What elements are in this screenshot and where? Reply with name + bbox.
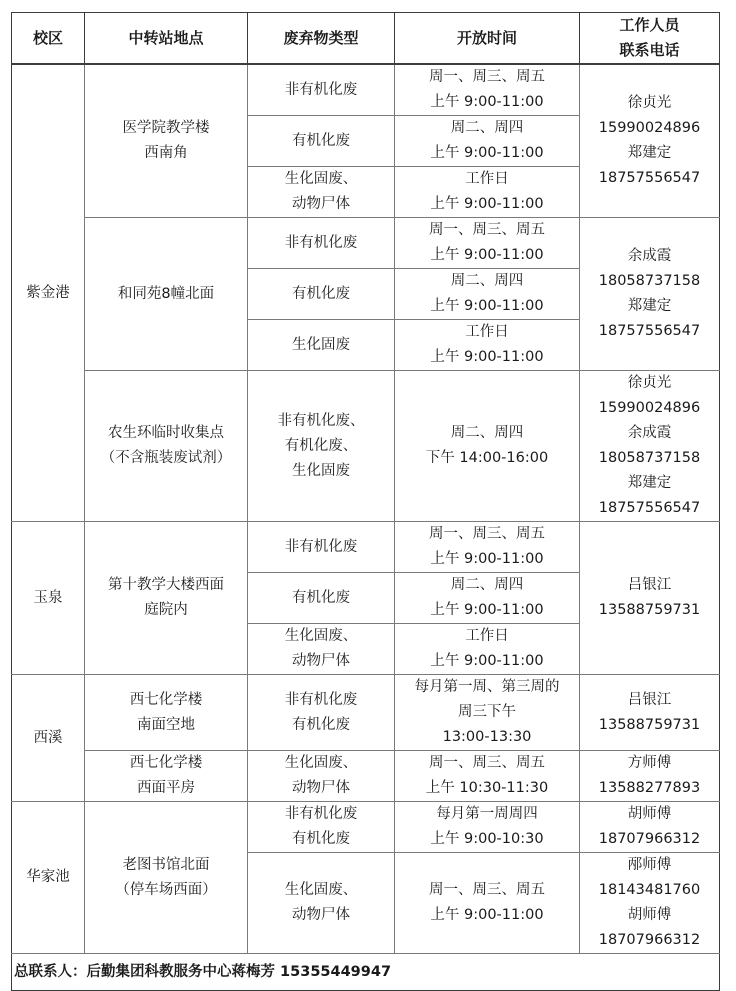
- station-text: 南面空地: [87, 713, 245, 738]
- time-text: 周一、周三、周五: [397, 878, 577, 903]
- time-text: 工作日: [397, 167, 577, 192]
- time-text: 上午 9:00-11:00: [397, 90, 577, 115]
- station-text: 西七化学楼: [87, 751, 245, 776]
- contact-name: 徐贞光: [582, 91, 717, 116]
- waste-cell: 非有机化废: [248, 64, 395, 116]
- station-cell: 第十教学大楼西面 庭院内: [85, 522, 248, 675]
- waste-text: 非有机化废、: [250, 409, 392, 434]
- campus-cell-yuquan: 玉泉: [12, 522, 85, 675]
- station-text: 和同苑8幢北面: [87, 282, 245, 307]
- time-cell: 周一、周三、周五 上午 9:00-11:00: [395, 522, 580, 573]
- waste-station-table: 校区 中转站地点 废弃物类型 开放时间 工作人员 联系电话 紫金港 医学院教学楼…: [11, 12, 720, 991]
- waste-text: 生化固废、: [250, 878, 392, 903]
- contact-phone: 13588759731: [582, 598, 717, 623]
- campus-cell-xixi: 西溪: [12, 675, 85, 802]
- time-text: 周二、周四: [397, 421, 577, 446]
- waste-text: 生化固废、: [250, 751, 392, 776]
- waste-text: 生化固废、: [250, 167, 392, 192]
- station-text: 西南角: [87, 141, 245, 166]
- time-text: 周一、周三、周五: [397, 218, 577, 243]
- contact-name: 方师傅: [582, 751, 717, 776]
- campus-cell-huajiachi: 华家池: [12, 802, 85, 954]
- station-cell: 西七化学楼 南面空地: [85, 675, 248, 751]
- table-row: 玉泉 第十教学大楼西面 庭院内 非有机化废 周一、周三、周五 上午 9:00-1…: [12, 522, 720, 573]
- contact-phone: 18707966312: [582, 827, 717, 852]
- waste-cell: 非有机化废、 有机化废、 生化固废: [248, 371, 395, 522]
- contact-phone: 13588277893: [582, 776, 717, 801]
- time-text: 周二、周四: [397, 269, 577, 294]
- station-cell: 农生环临时收集点 （不含瓶装废试剂）: [85, 371, 248, 522]
- time-text: 上午 9:00-11:00: [397, 141, 577, 166]
- waste-text: 非有机化废: [250, 802, 392, 827]
- waste-text: 生化固废、: [250, 624, 392, 649]
- contact-name: 郑建定: [582, 294, 717, 319]
- time-text: 13:00-13:30: [397, 725, 577, 750]
- time-text: 下午 14:00-16:00: [397, 446, 577, 471]
- contact-cell: 吕银江 13588759731: [580, 522, 720, 675]
- waste-cell: 非有机化废: [248, 218, 395, 269]
- waste-cell: 生化固废、 动物尸体: [248, 167, 395, 218]
- waste-text: 有机化废: [250, 586, 392, 611]
- waste-text: 非有机化废: [250, 231, 392, 256]
- time-text: 上午 9:00-10:30: [397, 827, 577, 852]
- contact-name: 胡师傅: [582, 903, 717, 928]
- time-text: 周二、周四: [397, 116, 577, 141]
- waste-text: 生化固废: [250, 459, 392, 484]
- contact-phone: 18143481760: [582, 878, 717, 903]
- waste-text: 动物尸体: [250, 192, 392, 217]
- time-text: 上午 9:00-11:00: [397, 192, 577, 217]
- table-row: 华家池 老图书馆北面 （停车场西面） 非有机化废 有机化废 每月第一周周四 上午…: [12, 802, 720, 853]
- station-cell: 西七化学楼 西面平房: [85, 751, 248, 802]
- time-text: 每月第一周周四: [397, 802, 577, 827]
- waste-text: 有机化废: [250, 827, 392, 852]
- time-text: 上午 9:00-11:00: [397, 294, 577, 319]
- header-station: 中转站地点: [85, 13, 248, 65]
- time-cell: 周一、周三、周五 上午 10:30-11:30: [395, 751, 580, 802]
- contact-phone: 18757556547: [582, 496, 717, 521]
- time-text: 上午 9:00-11:00: [397, 243, 577, 268]
- contact-cell: 方师傅 13588277893: [580, 751, 720, 802]
- time-cell: 周二、周四 上午 9:00-11:00: [395, 269, 580, 320]
- waste-cell: 非有机化废: [248, 522, 395, 573]
- contact-phone: 18707966312: [582, 928, 717, 953]
- contact-phone: 15990024896: [582, 396, 717, 421]
- header-contact-line1: 工作人员: [582, 13, 717, 38]
- time-cell: 工作日 上午 9:00-11:00: [395, 624, 580, 675]
- contact-name: 吕银江: [582, 688, 717, 713]
- time-text: 上午 9:00-11:00: [397, 649, 577, 674]
- table-row: 西溪 西七化学楼 南面空地 非有机化废 有机化废 每月第一周、第三周的 周三下午…: [12, 675, 720, 751]
- time-cell: 周一、周三、周五 上午 9:00-11:00: [395, 64, 580, 116]
- waste-cell: 生化固废、 动物尸体: [248, 853, 395, 954]
- header-open-time: 开放时间: [395, 13, 580, 65]
- station-cell: 老图书馆北面 （停车场西面）: [85, 802, 248, 954]
- table-row: 西七化学楼 西面平房 生化固废、 动物尸体 周一、周三、周五 上午 10:30-…: [12, 751, 720, 802]
- waste-cell: 生化固废: [248, 320, 395, 371]
- time-cell: 工作日 上午 9:00-11:00: [395, 167, 580, 218]
- contact-phone: 18757556547: [582, 319, 717, 344]
- time-text: 工作日: [397, 320, 577, 345]
- general-contact: 总联系人：后勤集团科教服务中心蒋梅芳 15355449947: [12, 954, 720, 991]
- footer-row: 总联系人：后勤集团科教服务中心蒋梅芳 15355449947: [12, 954, 720, 991]
- header-waste-type: 废弃物类型: [248, 13, 395, 65]
- time-cell: 工作日 上午 9:00-11:00: [395, 320, 580, 371]
- time-text: 每月第一周、第三周的: [397, 675, 577, 700]
- time-text: 周一、周三、周五: [397, 65, 577, 90]
- time-text: 周三下午: [397, 700, 577, 725]
- waste-text: 动物尸体: [250, 776, 392, 801]
- time-cell: 周一、周三、周五 上午 9:00-11:00: [395, 218, 580, 269]
- contact-name: 郑建定: [582, 141, 717, 166]
- contact-name: 余成霞: [582, 421, 717, 446]
- time-cell: 周二、周四 上午 9:00-11:00: [395, 573, 580, 624]
- contact-phone: 18058737158: [582, 269, 717, 294]
- contact-cell: 胡师傅 18707966312: [580, 802, 720, 853]
- table-row: 农生环临时收集点 （不含瓶装废试剂） 非有机化废、 有机化废、 生化固废 周二、…: [12, 371, 720, 522]
- station-cell: 医学院教学楼 西南角: [85, 64, 248, 218]
- contact-name: 余成霞: [582, 244, 717, 269]
- time-text: 上午 9:00-11:00: [397, 345, 577, 370]
- waste-cell: 生化固废、 动物尸体: [248, 751, 395, 802]
- contact-phone: 15990024896: [582, 116, 717, 141]
- waste-text: 非有机化废: [250, 688, 392, 713]
- waste-text: 有机化废: [250, 129, 392, 154]
- waste-cell: 有机化废: [248, 573, 395, 624]
- time-text: 周一、周三、周五: [397, 522, 577, 547]
- contact-cell: 吕银江 13588759731: [580, 675, 720, 751]
- waste-text: 动物尸体: [250, 903, 392, 928]
- time-text: 工作日: [397, 624, 577, 649]
- time-text: 上午 10:30-11:30: [397, 776, 577, 801]
- time-text: 上午 9:00-11:00: [397, 903, 577, 928]
- table-row: 和同苑8幢北面 非有机化废 周一、周三、周五 上午 9:00-11:00 余成霞…: [12, 218, 720, 269]
- waste-text: 非有机化废: [250, 535, 392, 560]
- waste-text: 生化固废: [250, 333, 392, 358]
- contact-name: 郑建定: [582, 471, 717, 496]
- station-text: 庭院内: [87, 598, 245, 623]
- waste-text: 有机化废、: [250, 434, 392, 459]
- time-cell: 周一、周三、周五 上午 9:00-11:00: [395, 853, 580, 954]
- station-cell: 和同苑8幢北面: [85, 218, 248, 371]
- station-text: 第十教学大楼西面: [87, 573, 245, 598]
- contact-name: 邴师傅: [582, 853, 717, 878]
- time-cell: 每月第一周周四 上午 9:00-10:30: [395, 802, 580, 853]
- contact-cell: 徐贞光 15990024896 余成霞 18058737158 郑建定 1875…: [580, 371, 720, 522]
- waste-cell: 生化固废、 动物尸体: [248, 624, 395, 675]
- waste-text: 有机化废: [250, 713, 392, 738]
- header-contact: 工作人员 联系电话: [580, 13, 720, 65]
- campus-cell-zijingang: 紫金港: [12, 64, 85, 522]
- table-header-row: 校区 中转站地点 废弃物类型 开放时间 工作人员 联系电话: [12, 13, 720, 65]
- time-cell: 每月第一周、第三周的 周三下午 13:00-13:30: [395, 675, 580, 751]
- station-text: 医学院教学楼: [87, 116, 245, 141]
- waste-text: 动物尸体: [250, 649, 392, 674]
- time-text: 周一、周三、周五: [397, 751, 577, 776]
- waste-cell: 有机化废: [248, 116, 395, 167]
- header-contact-line2: 联系电话: [582, 38, 717, 63]
- contact-phone: 18757556547: [582, 166, 717, 191]
- station-text: （不含瓶装废试剂）: [87, 446, 245, 471]
- header-campus: 校区: [12, 13, 85, 65]
- contact-name: 吕银江: [582, 573, 717, 598]
- time-text: 周二、周四: [397, 573, 577, 598]
- contact-phone: 18058737158: [582, 446, 717, 471]
- time-text: 上午 9:00-11:00: [397, 547, 577, 572]
- contact-name: 徐贞光: [582, 371, 717, 396]
- contact-name: 胡师傅: [582, 802, 717, 827]
- waste-text: 有机化废: [250, 282, 392, 307]
- time-cell: 周二、周四 下午 14:00-16:00: [395, 371, 580, 522]
- station-text: 西七化学楼: [87, 688, 245, 713]
- contact-phone: 13588759731: [582, 713, 717, 738]
- contact-cell: 徐贞光 15990024896 郑建定 18757556547: [580, 64, 720, 218]
- station-text: 西面平房: [87, 776, 245, 801]
- table-row: 紫金港 医学院教学楼 西南角 非有机化废 周一、周三、周五 上午 9:00-11…: [12, 64, 720, 116]
- waste-cell: 有机化废: [248, 269, 395, 320]
- station-text: 老图书馆北面: [87, 853, 245, 878]
- waste-cell: 非有机化废 有机化废: [248, 675, 395, 751]
- station-text: （停车场西面）: [87, 878, 245, 903]
- waste-cell: 非有机化废 有机化废: [248, 802, 395, 853]
- waste-text: 非有机化废: [250, 78, 392, 103]
- contact-cell: 余成霞 18058737158 郑建定 18757556547: [580, 218, 720, 371]
- time-cell: 周二、周四 上午 9:00-11:00: [395, 116, 580, 167]
- contact-cell: 邴师傅 18143481760 胡师傅 18707966312: [580, 853, 720, 954]
- station-text: 农生环临时收集点: [87, 421, 245, 446]
- time-text: 上午 9:00-11:00: [397, 598, 577, 623]
